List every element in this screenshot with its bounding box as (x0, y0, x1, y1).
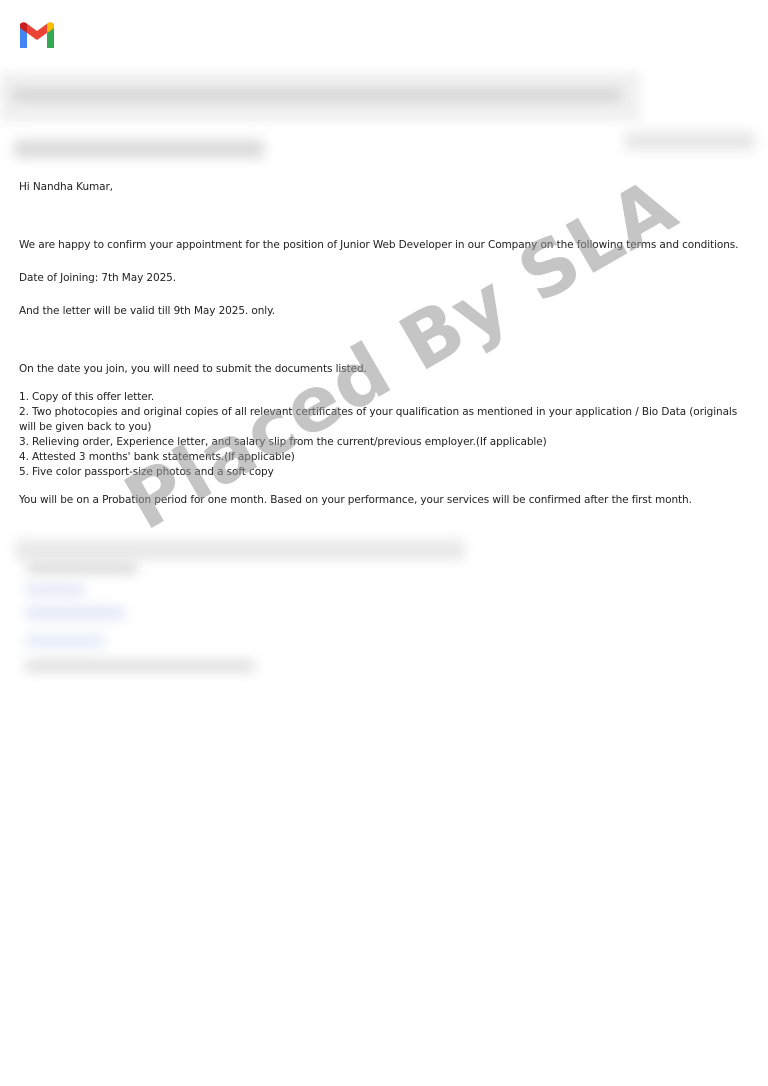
greeting: Hi Nandha Kumar, (19, 180, 749, 195)
list-item: 5. Five color passport-size photos and a… (19, 465, 749, 480)
timestamp-blurred (625, 132, 755, 150)
sender-blurred (14, 140, 264, 158)
list-item: 4. Attested 3 months' bank statements.(I… (19, 450, 749, 465)
signature-blurred (15, 535, 475, 680)
list-item: 1. Copy of this offer letter. (19, 390, 749, 405)
email-body: Hi Nandha Kumar, We are happy to confirm… (19, 180, 749, 508)
documents-intro: On the date you join, you will need to s… (19, 362, 749, 377)
gmail-logo-icon (17, 20, 57, 50)
intro-paragraph: We are happy to confirm your appointment… (19, 238, 749, 253)
list-item: 2. Two photocopies and original copies o… (19, 405, 749, 435)
validity-line: And the letter will be valid till 9th Ma… (19, 304, 749, 319)
date-of-joining: Date of Joining: 7th May 2025. (19, 271, 749, 286)
probation-paragraph: You will be on a Probation period for on… (19, 493, 749, 508)
documents-list: 1. Copy of this offer letter. 2. Two pho… (19, 390, 749, 480)
subject-text-blurred (12, 88, 622, 102)
list-item: 3. Relieving order, Experience letter, a… (19, 435, 749, 450)
